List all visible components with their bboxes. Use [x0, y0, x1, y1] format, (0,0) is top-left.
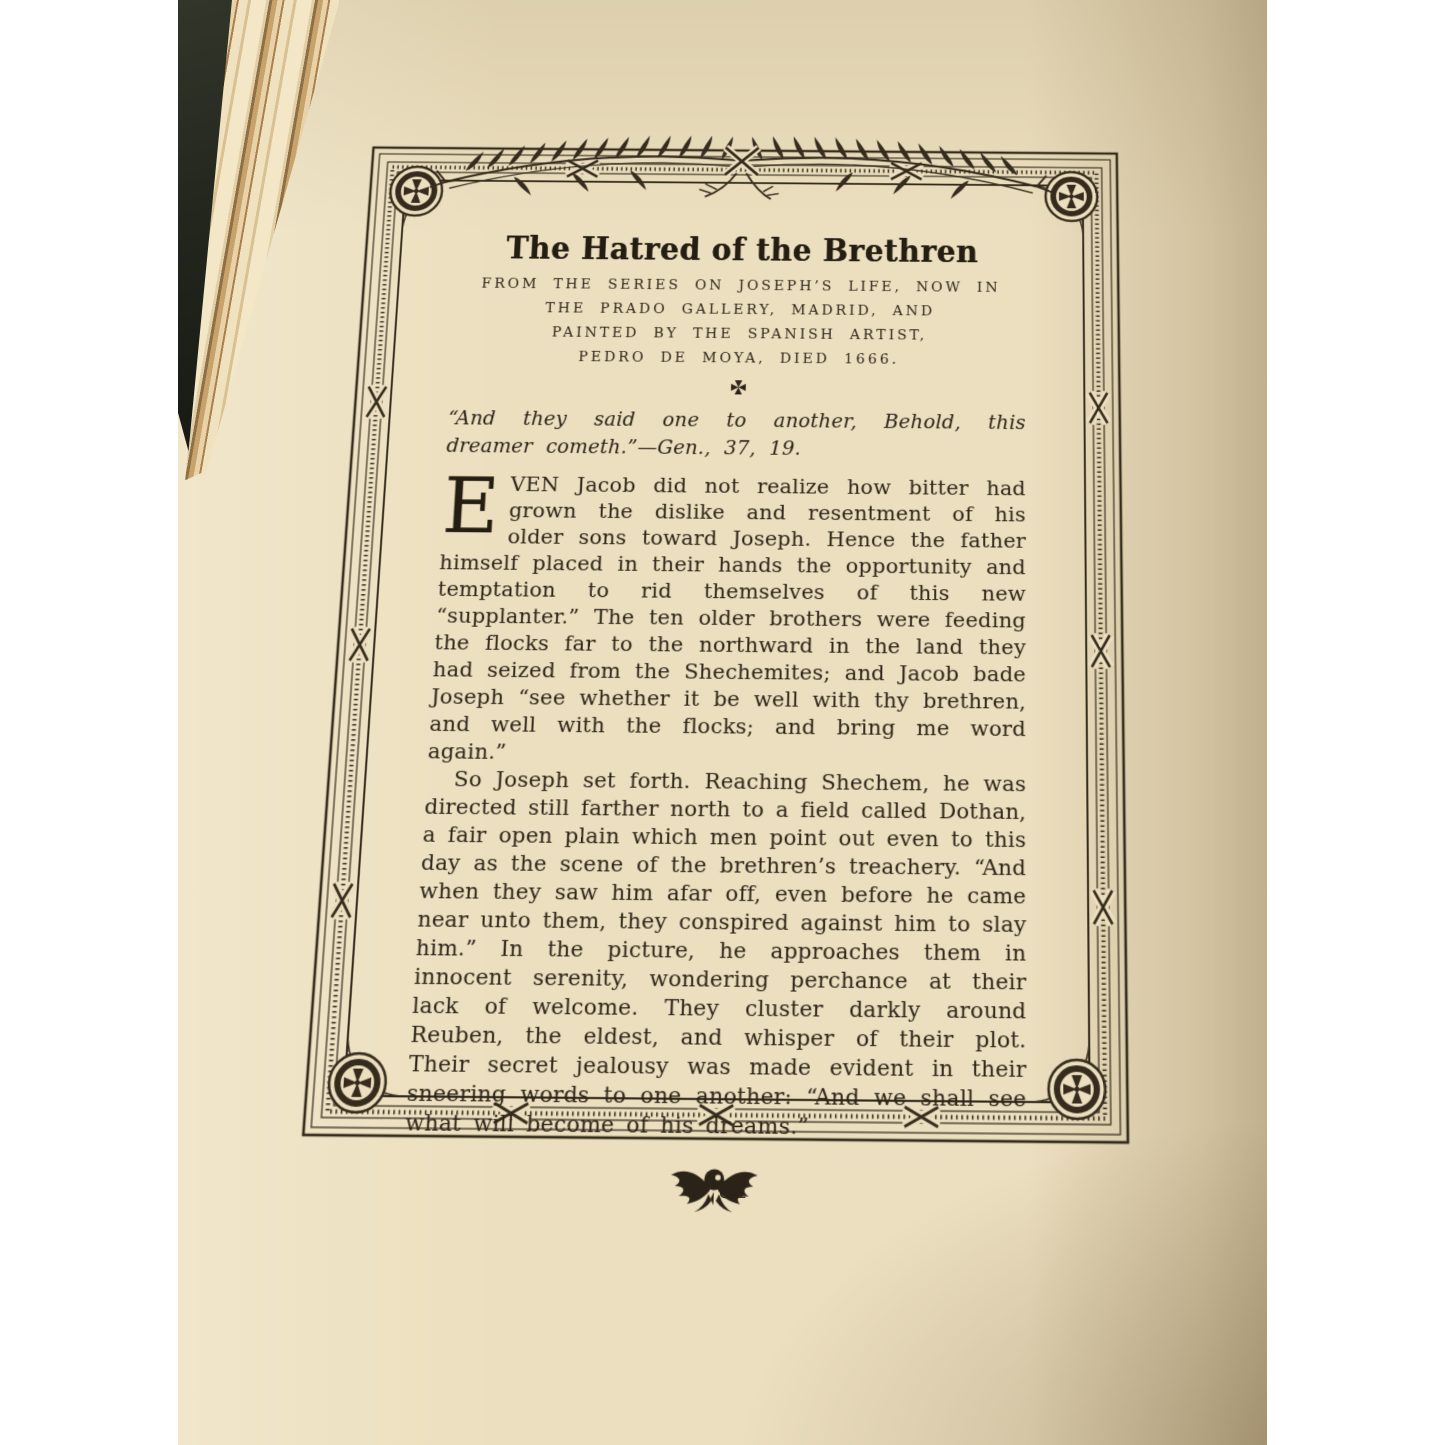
- printed-plate: The Hatred of the Brethren FROM THE SERI…: [299, 144, 1132, 1147]
- page-number: 81: [654, 1178, 814, 1204]
- scripture-quote: “And they said one to another, Behold, t…: [446, 404, 1026, 464]
- body-text: EVEN Jacob did not realize how bitter ha…: [404, 471, 1026, 1144]
- rosette-icon: [1048, 1060, 1105, 1119]
- divider: [450, 377, 1026, 402]
- page-title: The Hatred of the Brethren: [458, 230, 1026, 270]
- rosette-icon: [327, 1053, 387, 1112]
- body-paragraph: EVEN Jacob did not realize how bitter ha…: [427, 471, 1026, 771]
- cross-pattee-icon: [729, 379, 746, 395]
- plate-content: The Hatred of the Brethren FROM THE SERI…: [399, 181, 1026, 1224]
- paragraph-text: VEN Jacob did not realize how bitter had…: [427, 473, 1026, 764]
- body-paragraph: So Joseph set forth. Reaching Shechem, h…: [404, 765, 1026, 1143]
- photo-canvas: The Hatred of the Brethren FROM THE SERI…: [0, 0, 1445, 1445]
- drop-cap: E: [441, 471, 511, 537]
- subtitle-line: FROM THE SERIES ON JOSEPH’S LIFE, NOW IN: [456, 272, 1026, 301]
- subtitle-line: PEDRO DE MOYA, DIED 1666.: [451, 344, 1025, 373]
- book-page-photo: The Hatred of the Brethren FROM THE SERI…: [178, 0, 1267, 1445]
- subtitle: FROM THE SERIES ON JOSEPH’S LIFE, NOW IN…: [451, 272, 1025, 374]
